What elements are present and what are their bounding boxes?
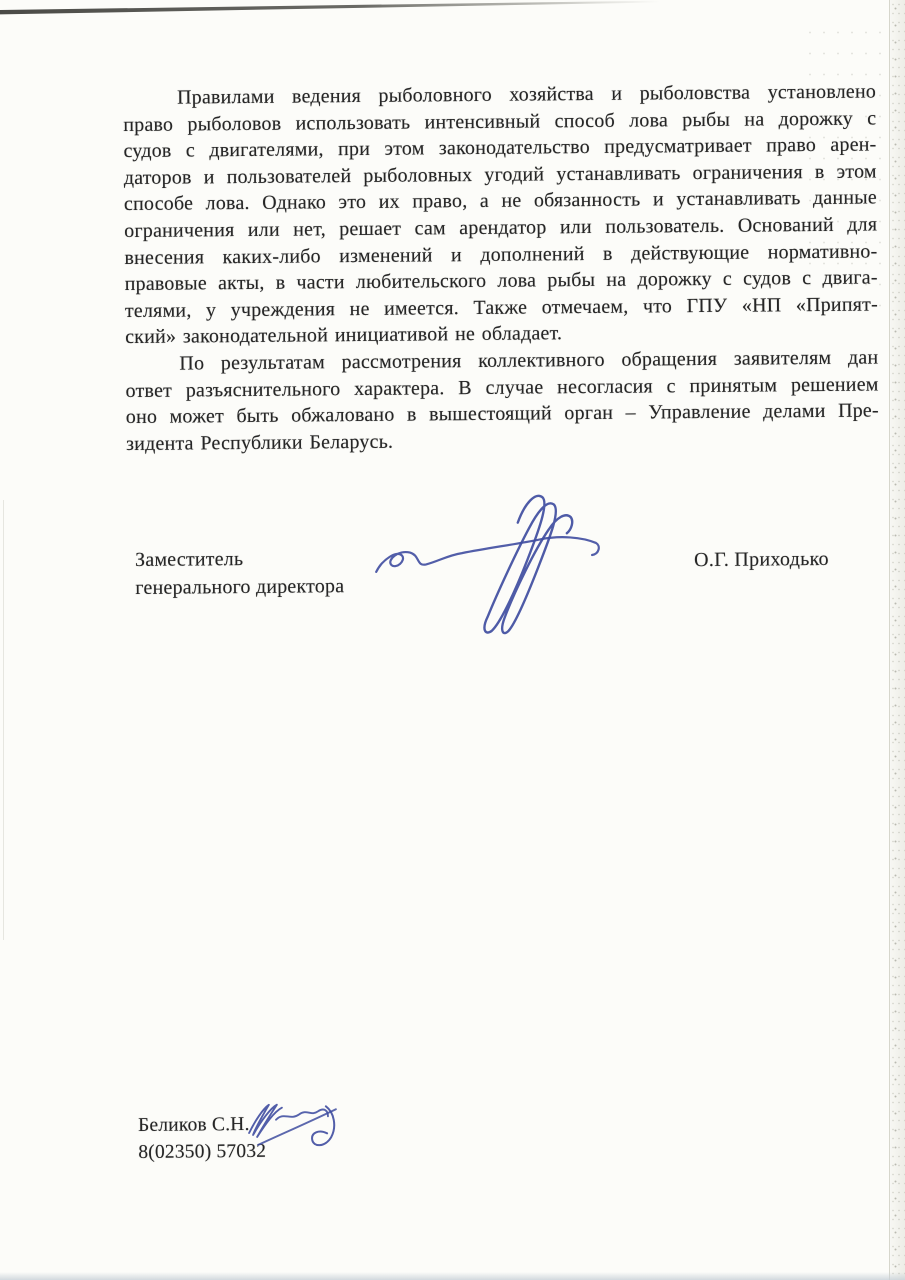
signatory-title-line1: Заместитель [135,544,344,574]
signatory-name: О.Г. Приходько [694,548,829,572]
director-signature-ink [363,486,610,640]
signatory-title-line2: генерального директора [135,572,344,602]
paper-sheet: Правилами ведения рыболовного хозяйства … [0,0,905,1280]
text-line: зидента Республики Беларусь. [126,424,879,457]
letter-body: Правилами ведения рыболовного хозяйства … [123,78,879,457]
executor-signature-ink [243,1098,347,1155]
scanned-letter-page: { "page": { "paper_color": "#fcfcf9", "t… [0,0,905,1280]
letter-content: Правилами ведения рыболовного хозяйства … [0,0,905,1280]
signatory-title: Заместитель генерального директора [135,544,344,602]
